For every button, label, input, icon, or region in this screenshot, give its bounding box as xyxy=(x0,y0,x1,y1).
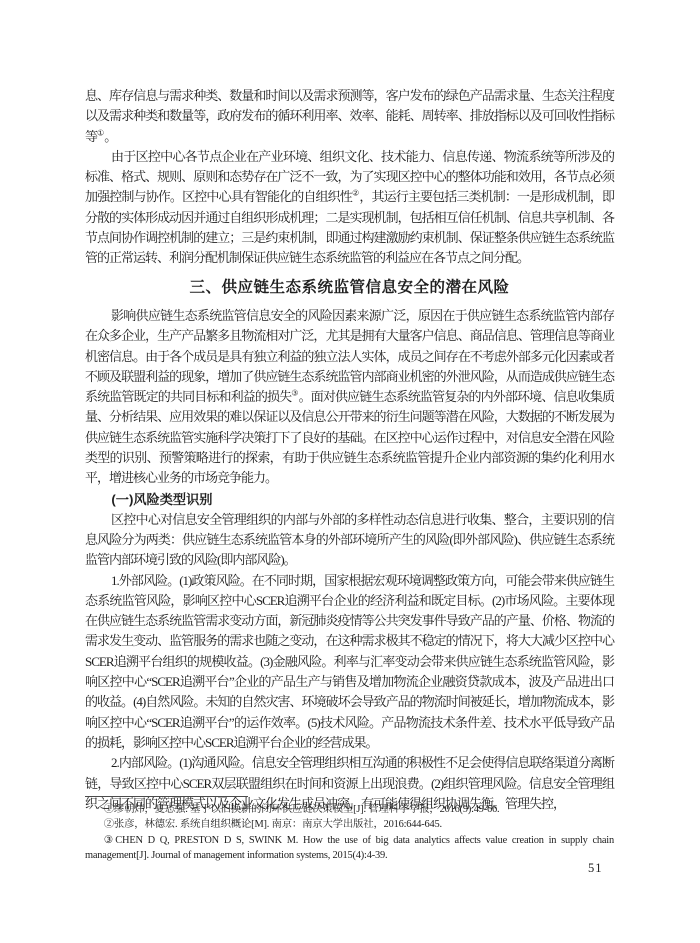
paragraph-shared-data-types: 息、库存信息与需求种类、数量和时间以及需求预测等，客户发布的绿色产品需求量、生态… xyxy=(85,86,614,147)
section-heading: 三、供应链生态系统监管信息安全的潜在风险 xyxy=(85,278,614,298)
footnotes-section: ①缪朝炜，夏志强. 基于以旧换新的闭环供应链决策模型[J]. 管理科学学报，20… xyxy=(85,796,614,864)
footnote-item-1: ①缪朝炜，夏志强. 基于以旧换新的闭环供应链决策模型[J]. 管理科学学报，20… xyxy=(85,802,614,817)
paragraph-node-mechanisms: 由于区控中心各节点企业在产业环境、组织文化、技术能力、信息传递、物流系统等所涉及… xyxy=(85,147,614,269)
paragraph-risk-sources: 影响供应链生态系统监管信息安全的风险因素来源广泛，原因在于供应链生态系统监管内部… xyxy=(85,306,614,489)
journal-page: 息、库存信息与需求种类、数量和时间以及需求预测等，客户发布的绿色产品需求量、生态… xyxy=(0,0,700,943)
footnote-separator xyxy=(85,796,248,797)
paragraph-risk-identification: 区控中心对信息安全管理组织的内部与外部的多样性动态信息进行收集、整合，主要识别的… xyxy=(85,510,614,571)
footnote-item-3: ③CHEN D Q, PRESTON D S, SWINK M. How the… xyxy=(85,833,614,864)
paragraph-external-risks: 1.外部风险。(1)政策风险。在不同时期，国家根据宏观环境调整政策方向，可能会带… xyxy=(85,571,614,754)
page-number: 51 xyxy=(588,861,603,876)
subsection-heading: (一)风险类型识别 xyxy=(85,489,614,510)
footnote-item-2: ②张彦，林德宏. 系统自组织概论[M]. 南京：南京大学出版社，2016:644… xyxy=(85,817,614,832)
article-body: 息、库存信息与需求种类、数量和时间以及需求预测等，客户发布的绿色产品需求量、生态… xyxy=(85,86,614,814)
